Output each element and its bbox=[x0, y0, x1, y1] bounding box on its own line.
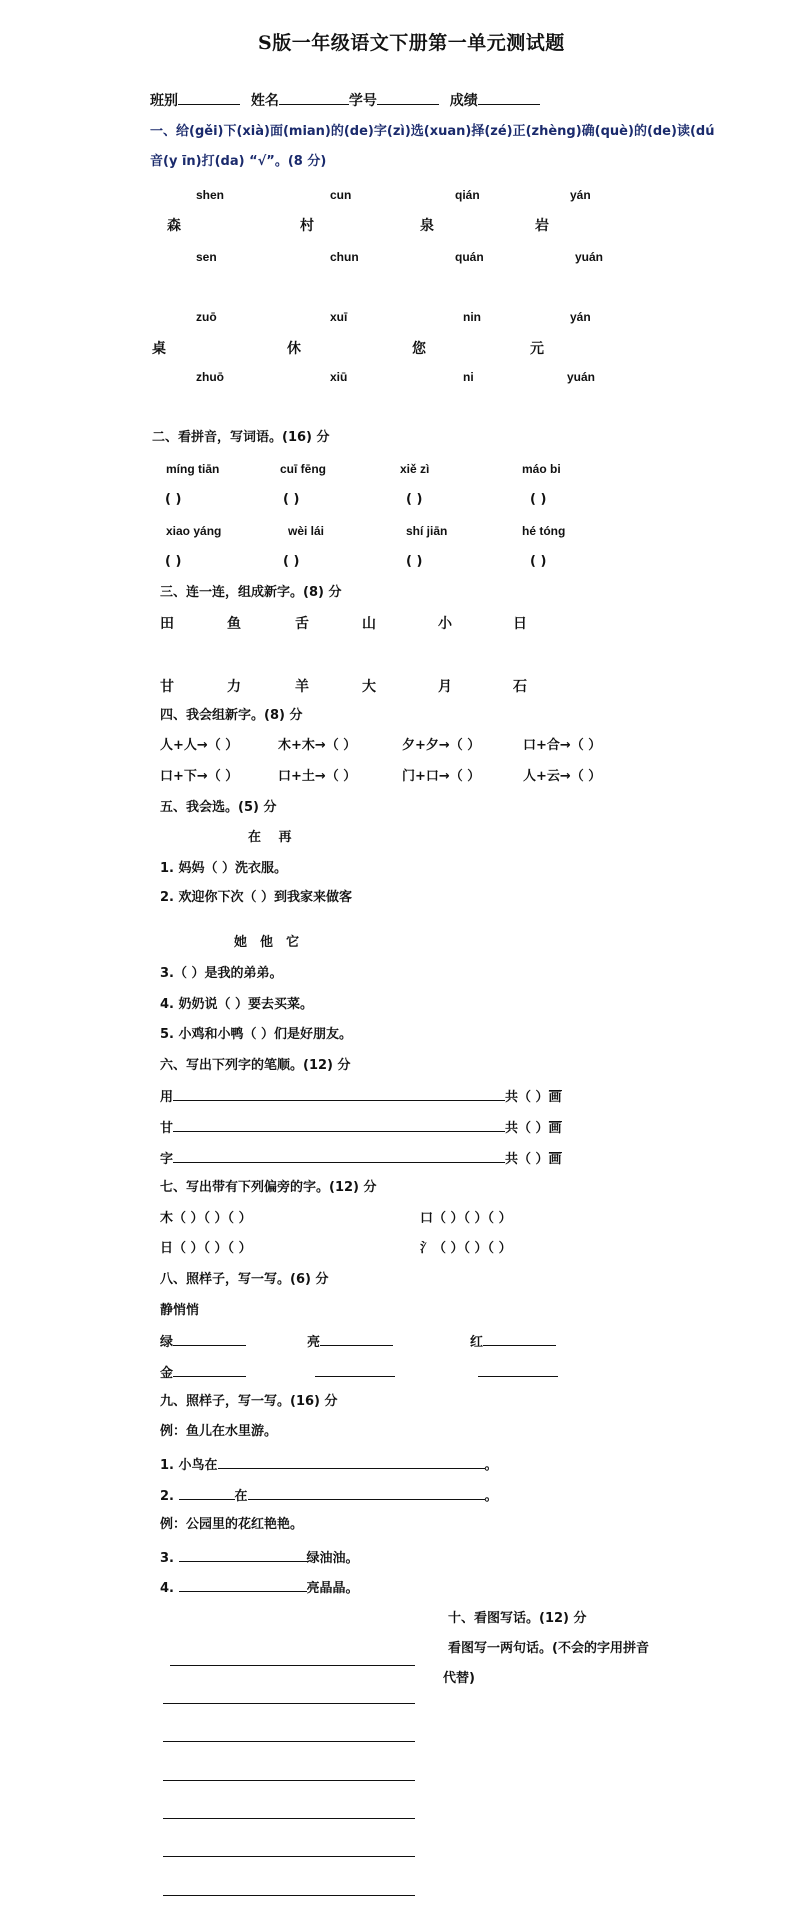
match-char[interactable]: 舌 bbox=[295, 615, 309, 633]
pinyin-option[interactable]: shen bbox=[196, 188, 224, 202]
writing-line[interactable] bbox=[163, 1741, 415, 1742]
compose-item[interactable]: 木+木→（ ） bbox=[278, 738, 356, 754]
fill-question[interactable]: 5. 小鸡和小鸭（ ）们是好朋友。 bbox=[160, 1027, 352, 1043]
pinyin-option[interactable]: zuō bbox=[196, 310, 217, 324]
match-char[interactable]: 小 bbox=[438, 615, 452, 633]
char: 您 bbox=[412, 340, 426, 358]
sentence-suffix: 亮晶晶。 bbox=[307, 1581, 359, 1596]
score-label: 成绩 bbox=[450, 93, 478, 109]
fill-question[interactable]: 4. 奶奶说（ ）要去买菜。 bbox=[160, 997, 313, 1013]
stroke-count[interactable]: 共（ ） bbox=[505, 1090, 549, 1105]
pinyin-option[interactable]: nin bbox=[463, 310, 481, 324]
pinyin-word: shí jiān bbox=[406, 524, 447, 538]
pinyin-option[interactable]: yuán bbox=[567, 370, 595, 384]
stroke-unit: 画 bbox=[549, 1121, 562, 1136]
student-info-row: 班别 姓名学号 成绩 bbox=[150, 92, 540, 110]
pinyin-option[interactable]: zhuō bbox=[196, 370, 224, 384]
pinyin-option[interactable]: qián bbox=[455, 188, 480, 202]
name-blank[interactable] bbox=[279, 92, 349, 105]
fill-question[interactable]: 3.（ ）是我的弟弟。 bbox=[160, 966, 283, 982]
section8-heading: 八、照样子，写一写。(6) 分 bbox=[160, 1272, 328, 1288]
word-blank[interactable] bbox=[173, 1333, 246, 1346]
sentence-prefix: 4. bbox=[160, 1581, 174, 1596]
word-fill bbox=[478, 1364, 558, 1382]
match-char[interactable]: 鱼 bbox=[227, 615, 241, 633]
stroke-count[interactable]: 共（ ） bbox=[505, 1152, 549, 1167]
pinyin-option[interactable]: yuán bbox=[575, 250, 603, 264]
choice-words: 她 他 它 bbox=[234, 935, 299, 951]
sentence-blank[interactable] bbox=[179, 1549, 307, 1562]
section10-heading: 十、看图写话。(12) 分 bbox=[448, 1611, 587, 1627]
answer-bracket[interactable]: ( ) bbox=[406, 492, 422, 508]
stroke-unit: 画 bbox=[549, 1152, 562, 1167]
pinyin-option[interactable]: xiū bbox=[330, 370, 347, 384]
sentence-blank[interactable] bbox=[248, 1487, 485, 1500]
match-char[interactable]: 日 bbox=[513, 615, 527, 633]
sentence-fill: 1. 小鸟在。 bbox=[160, 1456, 498, 1474]
writing-line[interactable] bbox=[170, 1665, 415, 1666]
section1-heading-line1: 一、给(gěi)下(xià)面(mian)的(de)字(zì)选(xuan)择(… bbox=[150, 124, 714, 140]
pinyin-option[interactable]: yán bbox=[570, 310, 591, 324]
char: 岩 bbox=[535, 217, 549, 235]
compose-item[interactable]: 人+云→（ ） bbox=[523, 769, 601, 785]
word-fill bbox=[315, 1364, 395, 1382]
sentence-fill: 2. 在。 bbox=[160, 1487, 498, 1505]
pinyin-word: míng tiān bbox=[166, 462, 219, 476]
word-char: 亮 bbox=[307, 1335, 320, 1350]
writing-line[interactable] bbox=[163, 1895, 415, 1896]
compose-item[interactable]: 人+人→（ ） bbox=[160, 738, 238, 754]
stroke-char: 甘 bbox=[160, 1121, 173, 1136]
answer-bracket[interactable]: ( ) bbox=[406, 554, 422, 570]
pinyin-word: cuī fēng bbox=[280, 462, 326, 476]
word-blank[interactable] bbox=[478, 1364, 558, 1377]
section10-instruction: 看图写一两句话。(不会的字用拼音 bbox=[448, 1641, 649, 1657]
writing-line[interactable] bbox=[163, 1703, 415, 1704]
section3-heading: 三、连一连，组成新字。(8) 分 bbox=[160, 585, 341, 601]
word-char: 金 bbox=[160, 1366, 173, 1381]
sentence-fill: 4. 亮晶晶。 bbox=[160, 1579, 359, 1597]
word-fill: 亮 bbox=[307, 1333, 393, 1351]
pinyin-word: xiě zì bbox=[400, 462, 429, 476]
char: 休 bbox=[287, 340, 301, 358]
sentence-blank[interactable] bbox=[179, 1487, 235, 1500]
example-word: 静悄悄 bbox=[160, 1303, 199, 1319]
stroke-order-blank[interactable] bbox=[173, 1119, 505, 1132]
pinyin-option[interactable]: cun bbox=[330, 188, 351, 202]
radical-row[interactable]: 日（ ）（ ）（ ） bbox=[160, 1241, 252, 1257]
match-char[interactable]: 石 bbox=[513, 678, 527, 696]
pinyin-word: wèi lái bbox=[288, 524, 324, 538]
answer-bracket[interactable]: ( ) bbox=[530, 492, 546, 508]
stroke-order-row: 用共（ ）画 bbox=[160, 1088, 562, 1106]
example-sentence: 例：鱼儿在水里游。 bbox=[160, 1424, 277, 1440]
answer-bracket[interactable]: ( ) bbox=[283, 492, 299, 508]
stroke-order-blank[interactable] bbox=[173, 1150, 505, 1163]
stroke-char: 用 bbox=[160, 1090, 173, 1105]
pinyin-option[interactable]: yán bbox=[570, 188, 591, 202]
word-blank[interactable] bbox=[315, 1364, 395, 1377]
section2-heading: 二、看拼音，写词语。(16) 分 bbox=[152, 430, 330, 446]
radical-row[interactable]: 氵（ ）（ ）（ ） bbox=[420, 1241, 512, 1257]
page-title: S版一年级语文下册第一单元测试题 bbox=[258, 28, 565, 55]
student-number-label: 学号 bbox=[349, 93, 377, 109]
word-blank[interactable] bbox=[483, 1333, 556, 1346]
pinyin-option[interactable]: quán bbox=[455, 250, 484, 264]
match-char[interactable]: 甘 bbox=[160, 678, 174, 696]
writing-line[interactable] bbox=[163, 1780, 415, 1781]
writing-line[interactable] bbox=[163, 1818, 415, 1819]
compose-item[interactable]: 门+口→（ ） bbox=[402, 769, 480, 785]
stroke-count[interactable]: 共（ ） bbox=[505, 1121, 549, 1136]
sentence-blank[interactable] bbox=[179, 1579, 307, 1592]
student-number-blank[interactable] bbox=[377, 92, 439, 105]
answer-bracket[interactable]: ( ) bbox=[283, 554, 299, 570]
compose-item[interactable]: 口+土→（ ） bbox=[278, 769, 356, 785]
compose-item[interactable]: 口+合→（ ） bbox=[523, 738, 601, 754]
stroke-unit: 画 bbox=[549, 1090, 562, 1105]
pinyin-option[interactable]: sen bbox=[196, 250, 217, 264]
sentence-mid: 在 bbox=[235, 1489, 248, 1504]
sentence-prefix: 1. 小鸟在 bbox=[160, 1458, 218, 1473]
word-blank[interactable] bbox=[320, 1333, 393, 1346]
score-blank[interactable] bbox=[478, 92, 540, 105]
stroke-order-row: 甘共（ ）画 bbox=[160, 1119, 562, 1137]
fill-question[interactable]: 1. 妈妈（ ）洗衣服。 bbox=[160, 861, 287, 877]
match-char[interactable]: 大 bbox=[362, 678, 376, 696]
pinyin-word: hé tóng bbox=[522, 524, 565, 538]
match-char[interactable]: 羊 bbox=[295, 678, 309, 696]
section4-heading: 四、我会组新字。(8) 分 bbox=[160, 708, 302, 724]
section6-heading: 六、写出下列字的笔顺。(12) 分 bbox=[160, 1058, 351, 1074]
example-sentence: 例：公园里的花红艳艳。 bbox=[160, 1517, 303, 1533]
fill-question[interactable]: 2. 欢迎你下次（ ）到我家来做客 bbox=[160, 890, 352, 906]
stroke-order-blank[interactable] bbox=[173, 1088, 505, 1101]
sentence-prefix: 3. bbox=[160, 1551, 174, 1566]
sentence-blank[interactable] bbox=[218, 1456, 485, 1469]
word-char: 红 bbox=[470, 1335, 483, 1350]
match-char[interactable]: 力 bbox=[227, 678, 241, 696]
choice-words: 在 再 bbox=[248, 830, 292, 846]
class-label: 班别 bbox=[150, 93, 178, 109]
section5-heading: 五、我会选。(5) 分 bbox=[160, 800, 276, 816]
char: 泉 bbox=[420, 217, 434, 235]
compose-item[interactable]: 口+下→（ ） bbox=[160, 769, 238, 785]
period: 。 bbox=[485, 1458, 498, 1473]
compose-item[interactable]: 夕+夕→（ ） bbox=[402, 738, 480, 754]
answer-bracket[interactable]: ( ) bbox=[530, 554, 546, 570]
stroke-order-row: 字共（ ）画 bbox=[160, 1150, 562, 1168]
char: 森 bbox=[167, 217, 181, 235]
answer-bracket[interactable]: ( ) bbox=[165, 492, 181, 508]
pinyin-word: máo bi bbox=[522, 462, 561, 476]
pinyin-option[interactable]: chun bbox=[330, 250, 359, 264]
match-char[interactable]: 月 bbox=[438, 678, 452, 696]
radical-row[interactable]: 口（ ）（ ）（ ） bbox=[420, 1211, 512, 1227]
word-char: 绿 bbox=[160, 1335, 173, 1350]
writing-line[interactable] bbox=[163, 1856, 415, 1857]
pinyin-option[interactable]: xuī bbox=[330, 310, 347, 324]
section7-heading: 七、写出带有下列偏旁的字。(12) 分 bbox=[160, 1180, 377, 1196]
stroke-char: 字 bbox=[160, 1152, 173, 1167]
sentence-prefix: 2. bbox=[160, 1489, 174, 1504]
sentence-fill: 3. 绿油油。 bbox=[160, 1549, 359, 1567]
section9-heading: 九、照样子，写一写。(16) 分 bbox=[160, 1394, 338, 1410]
class-blank[interactable] bbox=[178, 92, 240, 105]
pinyin-option[interactable]: ni bbox=[463, 370, 474, 384]
match-char[interactable]: 田 bbox=[160, 615, 174, 633]
section10-instruction-cont: 代替) bbox=[443, 1671, 475, 1687]
period: 。 bbox=[485, 1489, 498, 1504]
sentence-suffix: 绿油油。 bbox=[307, 1551, 359, 1566]
name-label: 姓名 bbox=[251, 93, 279, 109]
section1-heading-line2: 音(y īn)打(da) “√”。(8 分) bbox=[150, 154, 326, 170]
word-fill: 红 bbox=[470, 1333, 556, 1351]
pinyin-word: xiao yáng bbox=[166, 524, 221, 538]
char: 村 bbox=[300, 217, 314, 235]
word-fill: 金 bbox=[160, 1364, 246, 1382]
char: 元 bbox=[530, 340, 544, 358]
radical-row[interactable]: 木（ ）（ ）（ ） bbox=[160, 1211, 252, 1227]
char: 桌 bbox=[152, 340, 166, 358]
word-fill: 绿 bbox=[160, 1333, 246, 1351]
match-char[interactable]: 山 bbox=[362, 615, 376, 633]
answer-bracket[interactable]: ( ) bbox=[165, 554, 181, 570]
word-blank[interactable] bbox=[173, 1364, 246, 1377]
